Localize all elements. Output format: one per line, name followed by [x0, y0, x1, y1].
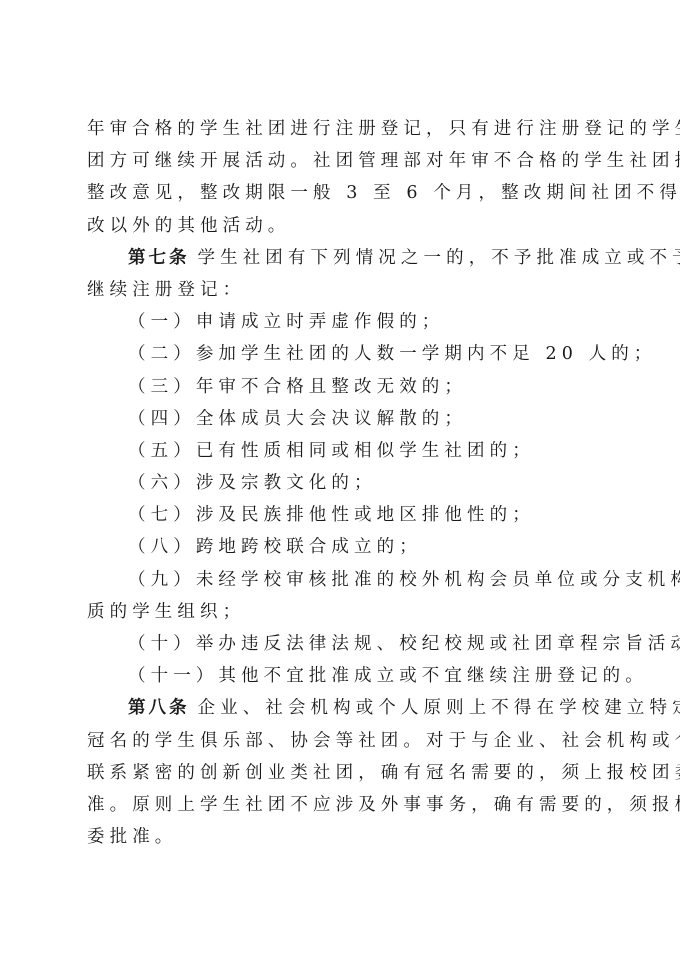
article-number: 第八条: [128, 698, 190, 718]
list-item: （十）举办违反法律法规、校纪校规或社团章程宗旨活动的；: [87, 628, 597, 660]
text-line: 准。原则上学生社团不应涉及外事事务，确有需要的，须报校团: [87, 789, 597, 821]
list-item: （七）涉及民族排他性或地区排他性的；: [87, 499, 597, 531]
list-item: （五）已有性质相同或相似学生社团的；: [87, 435, 597, 467]
item-label: （六）: [128, 473, 196, 493]
list-item: （三）年审不合格且整改无效的；: [87, 371, 597, 403]
item-text: 未经学校审核批准的校外机构会员单位或分支机构性: [196, 570, 680, 590]
item-text: 已有性质相同或相似学生社团的；: [196, 441, 535, 461]
text-line: 年审合格的学生社团进行注册登记，只有进行注册登记的学生社: [87, 113, 597, 145]
text-line: 委批准。: [87, 821, 597, 853]
list-item: （十一）其他不宜批准成立或不宜继续注册登记的。: [87, 660, 597, 692]
list-item: （二）参加学生社团的人数一学期内不足 20 人的；: [87, 338, 597, 370]
text-line: 整改意见，整改期限一般 3 至 6 个月，整改期间社团不得开展整: [87, 177, 597, 209]
item-label: （四）: [128, 409, 196, 429]
item-text: 其他不宜批准成立或不宜继续注册登记的。: [218, 666, 647, 686]
text-line: 冠名的学生俱乐部、协会等社团。对于与企业、社会机构或个人: [87, 725, 597, 757]
item-text: 涉及民族排他性或地区排他性的；: [196, 505, 535, 525]
article-8-heading-line: 第八条企业、社会机构或个人原则上不得在学校建立特定: [87, 692, 597, 724]
item-label: （五）: [128, 441, 196, 461]
item-text: 全体成员大会决议解散的；: [196, 409, 467, 429]
article-number: 第七条: [128, 248, 190, 268]
article-text: 企业、社会机构或个人原则上不得在学校建立特定: [198, 698, 680, 718]
item-text: 涉及宗教文化的；: [196, 473, 377, 493]
item-label: （一）: [128, 312, 196, 332]
item-label: （三）: [128, 377, 196, 397]
text-line: 继续注册登记：: [87, 274, 597, 306]
list-item: （一）申请成立时弄虚作假的；: [87, 306, 597, 338]
item-text: 参加学生社团的人数一学期内不足 20 人的；: [196, 344, 657, 364]
article-7-heading-line: 第七条学生社团有下列情况之一的，不予批准成立或不予: [87, 242, 597, 274]
text-line: 联系紧密的创新创业类社团，确有冠名需要的，须上报校团委批: [87, 757, 597, 789]
item-label: （八）: [128, 537, 196, 557]
article-7: 第七条学生社团有下列情况之一的，不予批准成立或不予 继续注册登记： （一）申请成…: [87, 242, 597, 693]
document-page: 年审合格的学生社团进行注册登记，只有进行注册登记的学生社 团方可继续开展活动。社…: [87, 113, 597, 853]
item-label: （九）: [128, 570, 196, 590]
list-item: （九）未经学校审核批准的校外机构会员单位或分支机构性: [87, 564, 597, 596]
list-item-continuation: 质的学生组织；: [87, 596, 597, 628]
text-line: 改以外的其他活动。: [87, 210, 597, 242]
intro-paragraph: 年审合格的学生社团进行注册登记，只有进行注册登记的学生社 团方可继续开展活动。社…: [87, 113, 597, 242]
list-item: （八）跨地跨校联合成立的；: [87, 531, 597, 563]
item-label: （十）: [128, 634, 196, 654]
text-line: 团方可继续开展活动。社团管理部对年审不合格的学生社团提出: [87, 145, 597, 177]
list-item: （四）全体成员大会决议解散的；: [87, 403, 597, 435]
article-8: 第八条企业、社会机构或个人原则上不得在学校建立特定 冠名的学生俱乐部、协会等社团…: [87, 692, 597, 853]
item-text: 举办违反法律法规、校纪校规或社团章程宗旨活动的；: [196, 634, 680, 654]
item-text: 申请成立时弄虚作假的；: [196, 312, 445, 332]
item-text: 跨地跨校联合成立的；: [196, 537, 422, 557]
item-text: 年审不合格且整改无效的；: [196, 377, 467, 397]
item-label: （七）: [128, 505, 196, 525]
article-text: 学生社团有下列情况之一的，不予批准成立或不予: [198, 248, 680, 268]
item-label: （十一）: [128, 666, 218, 686]
list-item: （六）涉及宗教文化的；: [87, 467, 597, 499]
item-label: （二）: [128, 344, 196, 364]
